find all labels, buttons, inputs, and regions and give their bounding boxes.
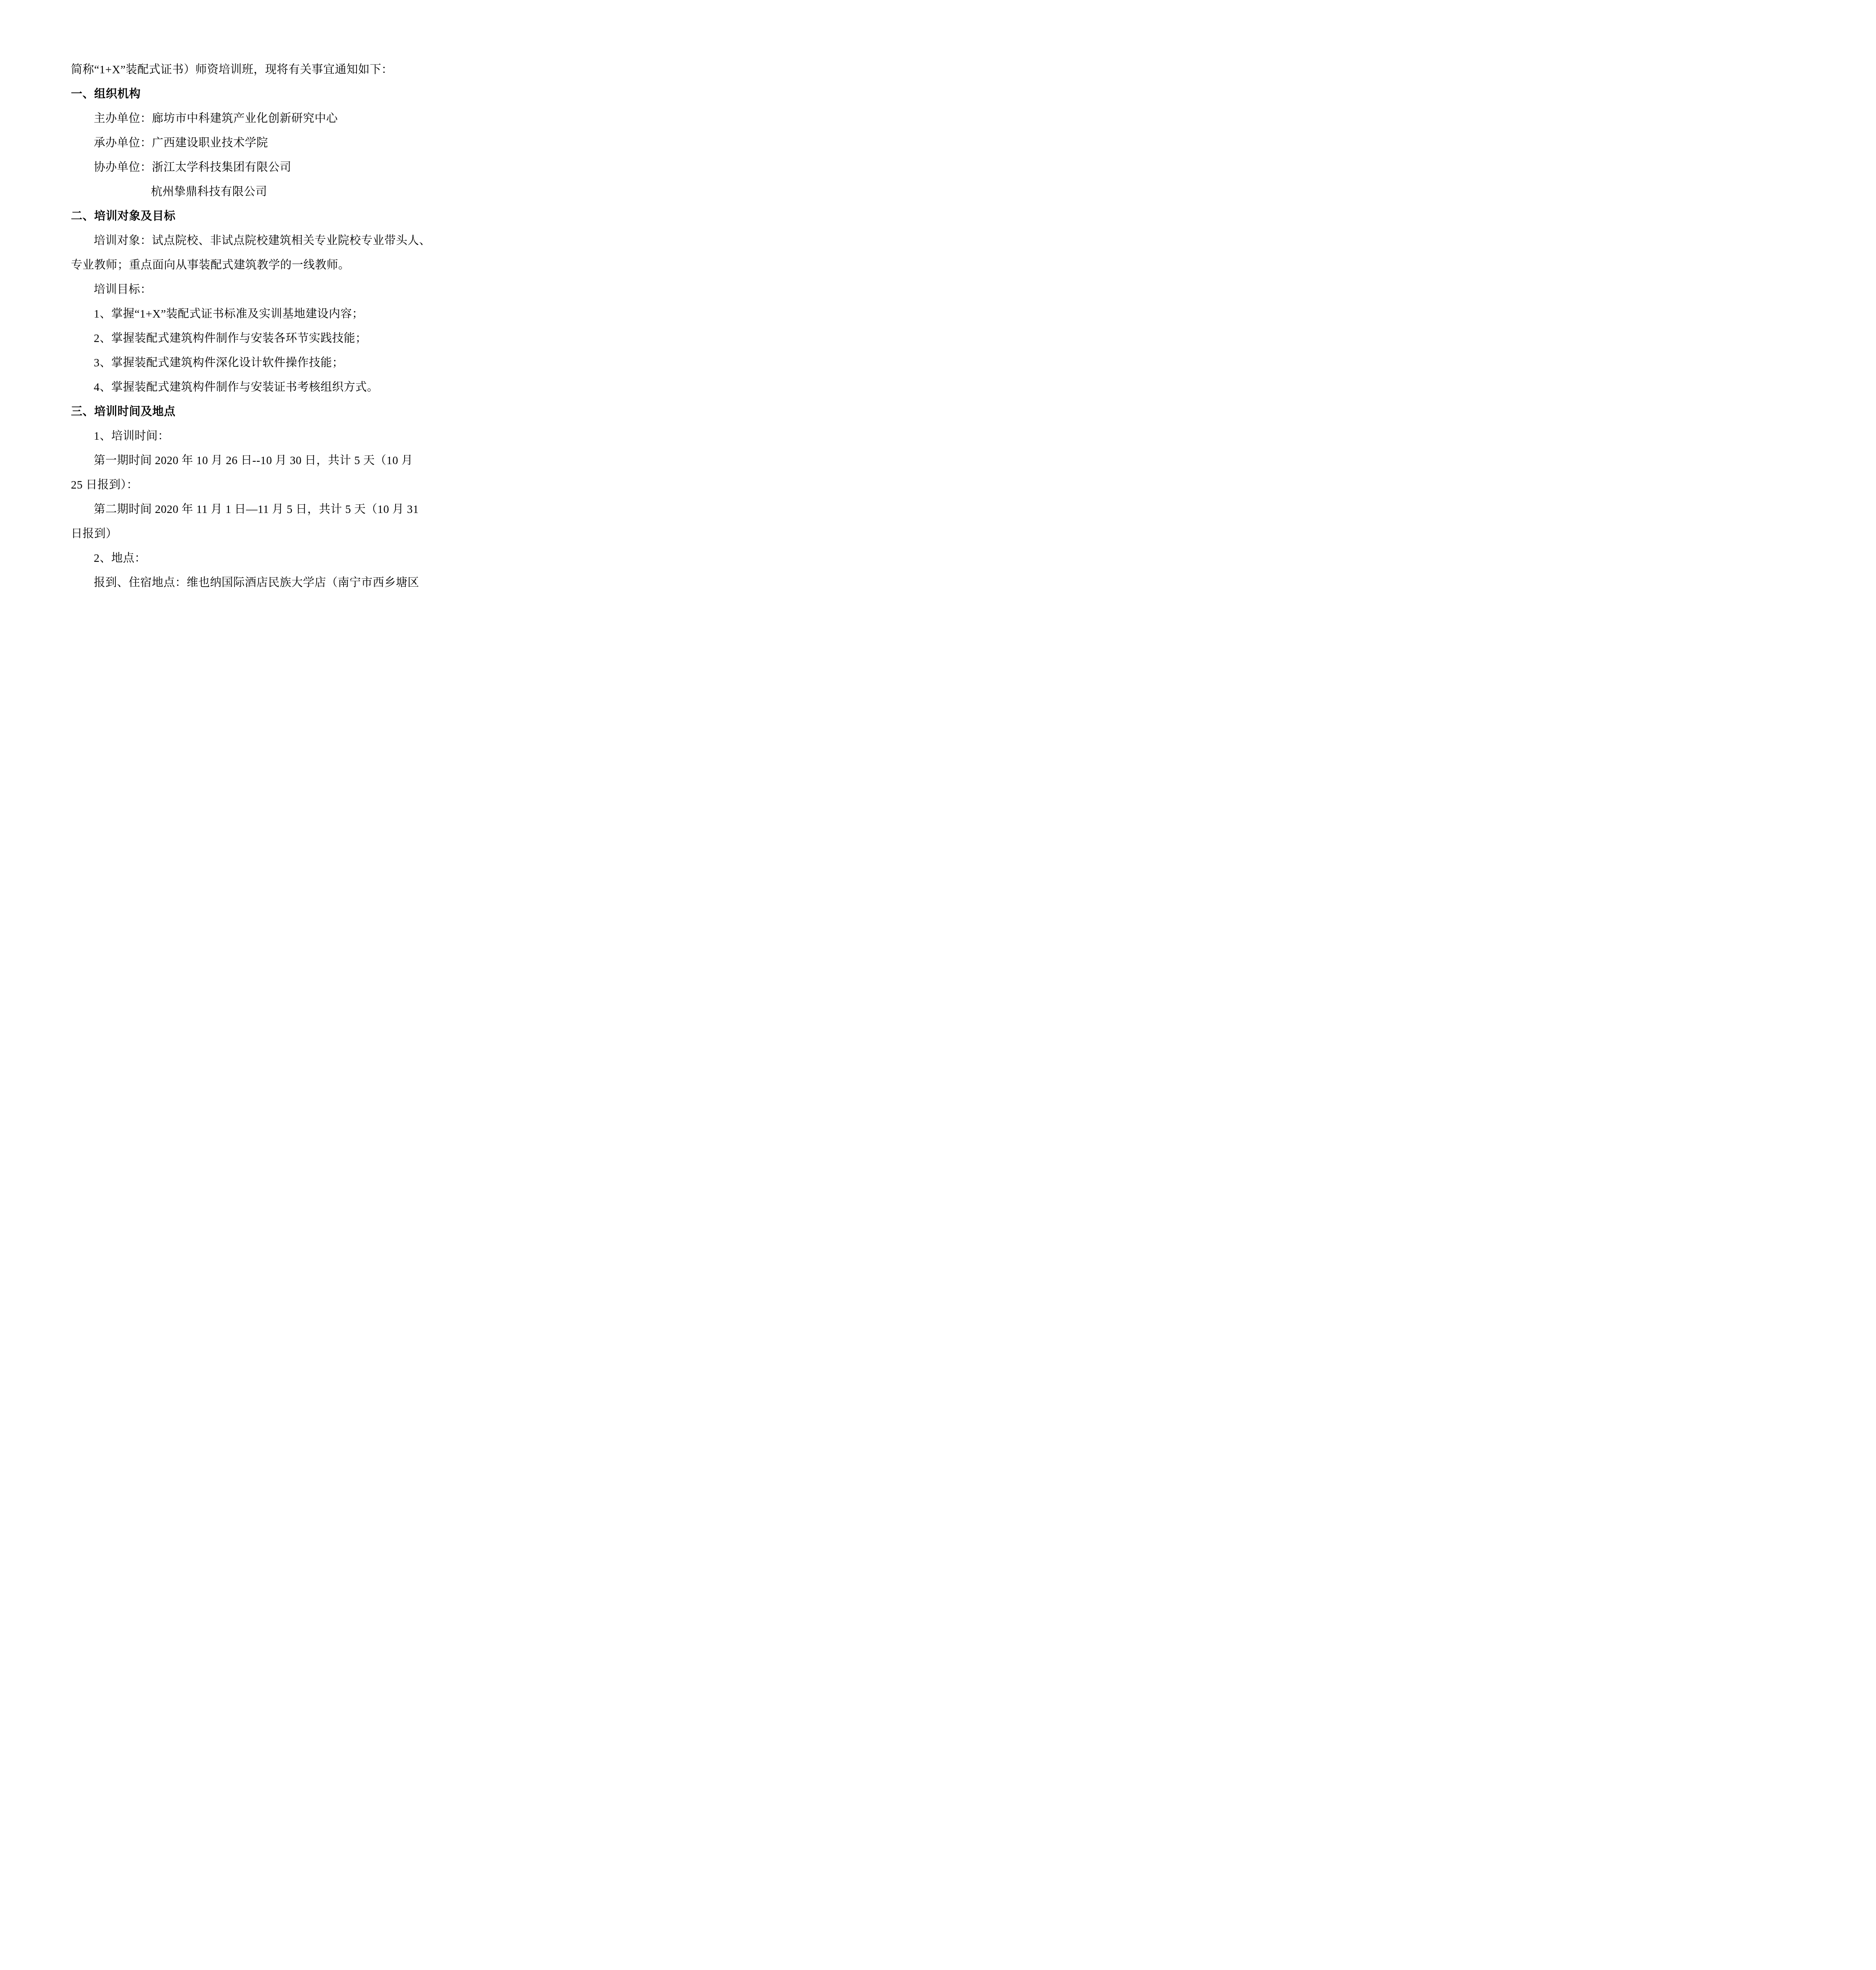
line-training-audience-2: 专业教师；重点面向从事装配式建筑教学的一线教师。	[71, 253, 410, 277]
heading-section-three-time-place: 三、培训时间及地点	[71, 400, 410, 424]
heading-section-one-organization: 一、组织机构	[71, 82, 410, 106]
heading-section-two-targets: 二、培训对象及目标	[71, 204, 410, 229]
line-host-unit: 主办单位：廊坊市中科建筑产业化创新研究中心	[71, 106, 410, 131]
line-first-session-dates-1: 第一期时间 2020 年 10 月 26 日--10 月 30 日，共计 5 天…	[71, 448, 410, 473]
line-goal-item-4: 4、掌握装配式建筑构件制作与安装证书考核组织方式。	[71, 375, 410, 400]
line-checkin-location: 报到、住宿地点：维也纳国际酒店民族大学店（南宁市西乡塘区	[71, 571, 410, 595]
line-goal-item-1: 1、掌握“1+X”装配式证书标准及实训基地建设内容；	[71, 302, 410, 326]
line-first-session-dates-2: 25 日报到）：	[71, 473, 410, 497]
line-location-label: 2、地点：	[71, 546, 410, 571]
line-second-session-dates-1: 第二期时间 2020 年 11 月 1 日—11 月 5 日，共计 5 天（10…	[71, 497, 410, 522]
line-goal-item-3: 3、掌握装配式建筑构件深化设计软件操作技能；	[71, 351, 410, 375]
document-page: 简称“1+X”装配式证书）师资培训班，现将有关事宜通知如下： 一、组织机构 主办…	[0, 0, 469, 663]
line-page-continuation: 简称“1+X”装配式证书）师资培训班，现将有关事宜通知如下：	[71, 58, 410, 82]
line-training-time-label: 1、培训时间：	[71, 424, 410, 448]
document-content: 简称“1+X”装配式证书）师资培训班，现将有关事宜通知如下： 一、组织机构 主办…	[71, 58, 410, 595]
line-organizer-unit: 承办单位：广西建设职业技术学院	[71, 131, 410, 155]
line-goal-item-2: 2、掌握装配式建筑构件制作与安装各环节实践技能；	[71, 326, 410, 351]
line-co-organizer-unit-2: 杭州挚鼎科技有限公司	[71, 180, 410, 204]
line-co-organizer-unit-1: 协办单位：浙江太学科技集团有限公司	[71, 155, 410, 180]
line-training-audience-1: 培训对象：试点院校、非试点院校建筑相关专业院校专业带头人、	[71, 229, 410, 253]
line-second-session-dates-2: 日报到）	[71, 522, 410, 546]
line-training-goal-label: 培训目标：	[71, 277, 410, 302]
